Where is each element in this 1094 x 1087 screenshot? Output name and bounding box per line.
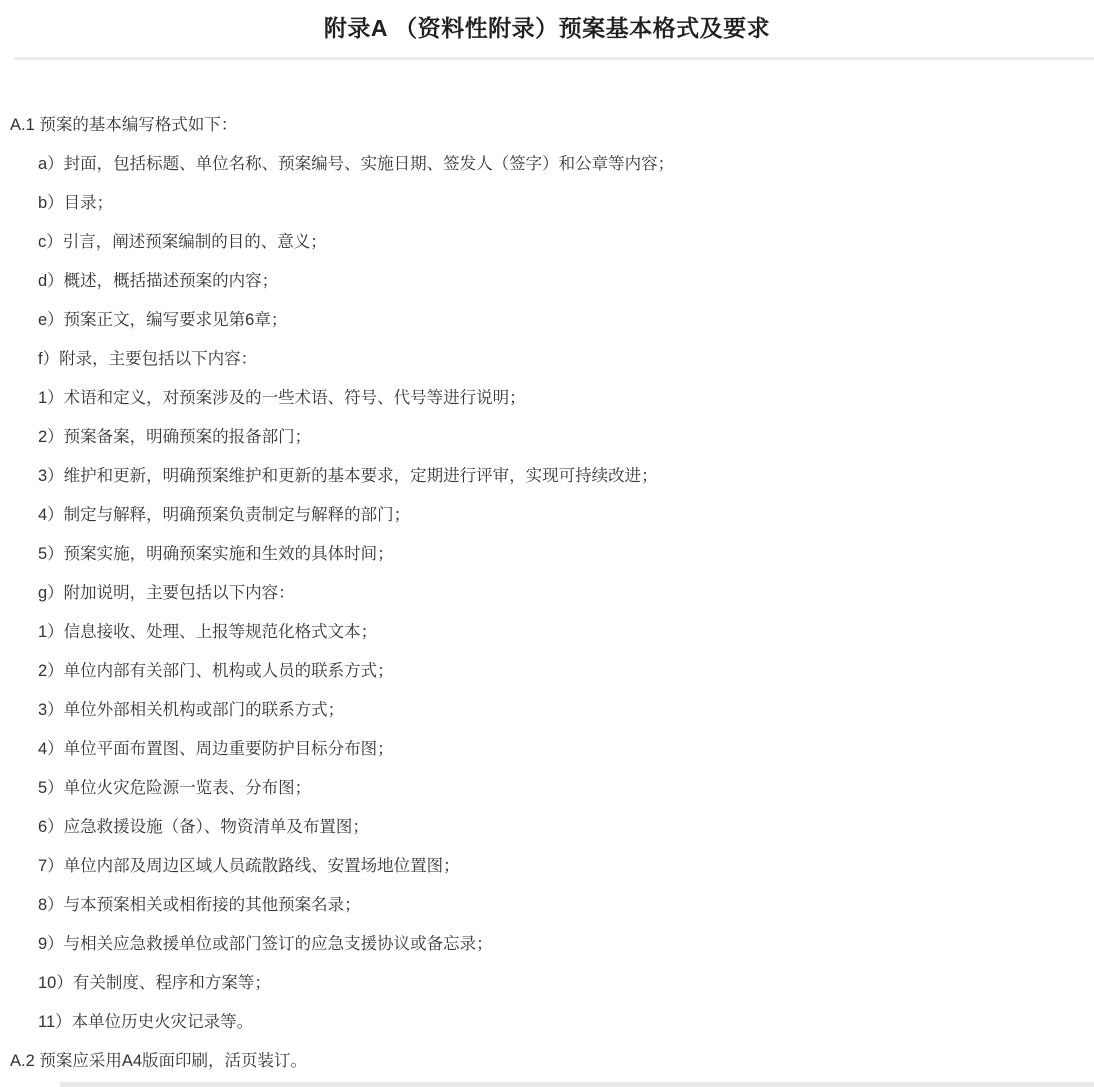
document-line: c）引言，阐述预案编制的目的、意义； [0, 223, 1094, 262]
document-line: e）预案正文，编写要求见第6章； [0, 301, 1094, 340]
document-line: 4）制定与解释，明确预案负责制定与解释的部门； [0, 496, 1094, 535]
document-line: 8）与本预案相关或相衔接的其他预案名录； [0, 886, 1094, 925]
document-title: 附录A （资料性附录）预案基本格式及要求 [0, 0, 1094, 43]
document-page: 附录A （资料性附录）预案基本格式及要求 A.1 预案的基本编写格式如下：a）封… [0, 0, 1094, 1087]
document-line: 3）单位外部相关机构或部门的联系方式； [0, 691, 1094, 730]
document-line: 6）应急救援设施（备）、物资清单及布置图； [0, 808, 1094, 847]
document-line: 2）预案备案，明确预案的报备部门； [0, 418, 1094, 457]
document-line: 9）与相关应急救援单位或部门签订的应急支援协议或备忘录； [0, 925, 1094, 964]
document-line: 3）维护和更新，明确预案维护和更新的基本要求，定期进行评审，实现可持续改进； [0, 457, 1094, 496]
document-line: A.1 预案的基本编写格式如下： [0, 106, 1094, 145]
document-body: A.1 预案的基本编写格式如下：a）封面，包括标题、单位名称、预案编号、实施日期… [0, 60, 1094, 1081]
document-line: b）目录； [0, 184, 1094, 223]
document-line: 5）单位火灾危险源一览表、分布图； [0, 769, 1094, 808]
document-line: a）封面，包括标题、单位名称、预案编号、实施日期、签发人（签字）和公章等内容； [0, 145, 1094, 184]
document-line: 7）单位内部及周边区域人员疏散路线、安置场地位置图； [0, 847, 1094, 886]
document-line: 2）单位内部有关部门、机构或人员的联系方式； [0, 652, 1094, 691]
document-line: 5）预案实施，明确预案实施和生效的具体时间； [0, 535, 1094, 574]
bottom-divider [60, 1082, 1094, 1087]
document-line: 4）单位平面布置图、周边重要防护目标分布图； [0, 730, 1094, 769]
document-line: d）概述，概括描述预案的内容； [0, 262, 1094, 301]
document-line: 1）术语和定义，对预案涉及的一些术语、符号、代号等进行说明； [0, 379, 1094, 418]
document-line: 1）信息接收、处理、上报等规范化格式文本； [0, 613, 1094, 652]
document-line: f）附录，主要包括以下内容： [0, 340, 1094, 379]
document-line: 11）本单位历史火灾记录等。 [0, 1003, 1094, 1042]
document-line: g）附加说明，主要包括以下内容： [0, 574, 1094, 613]
document-line: 10）有关制度、程序和方案等； [0, 964, 1094, 1003]
document-line: A.2 预案应采用A4版面印刷，活页装订。 [0, 1042, 1094, 1081]
